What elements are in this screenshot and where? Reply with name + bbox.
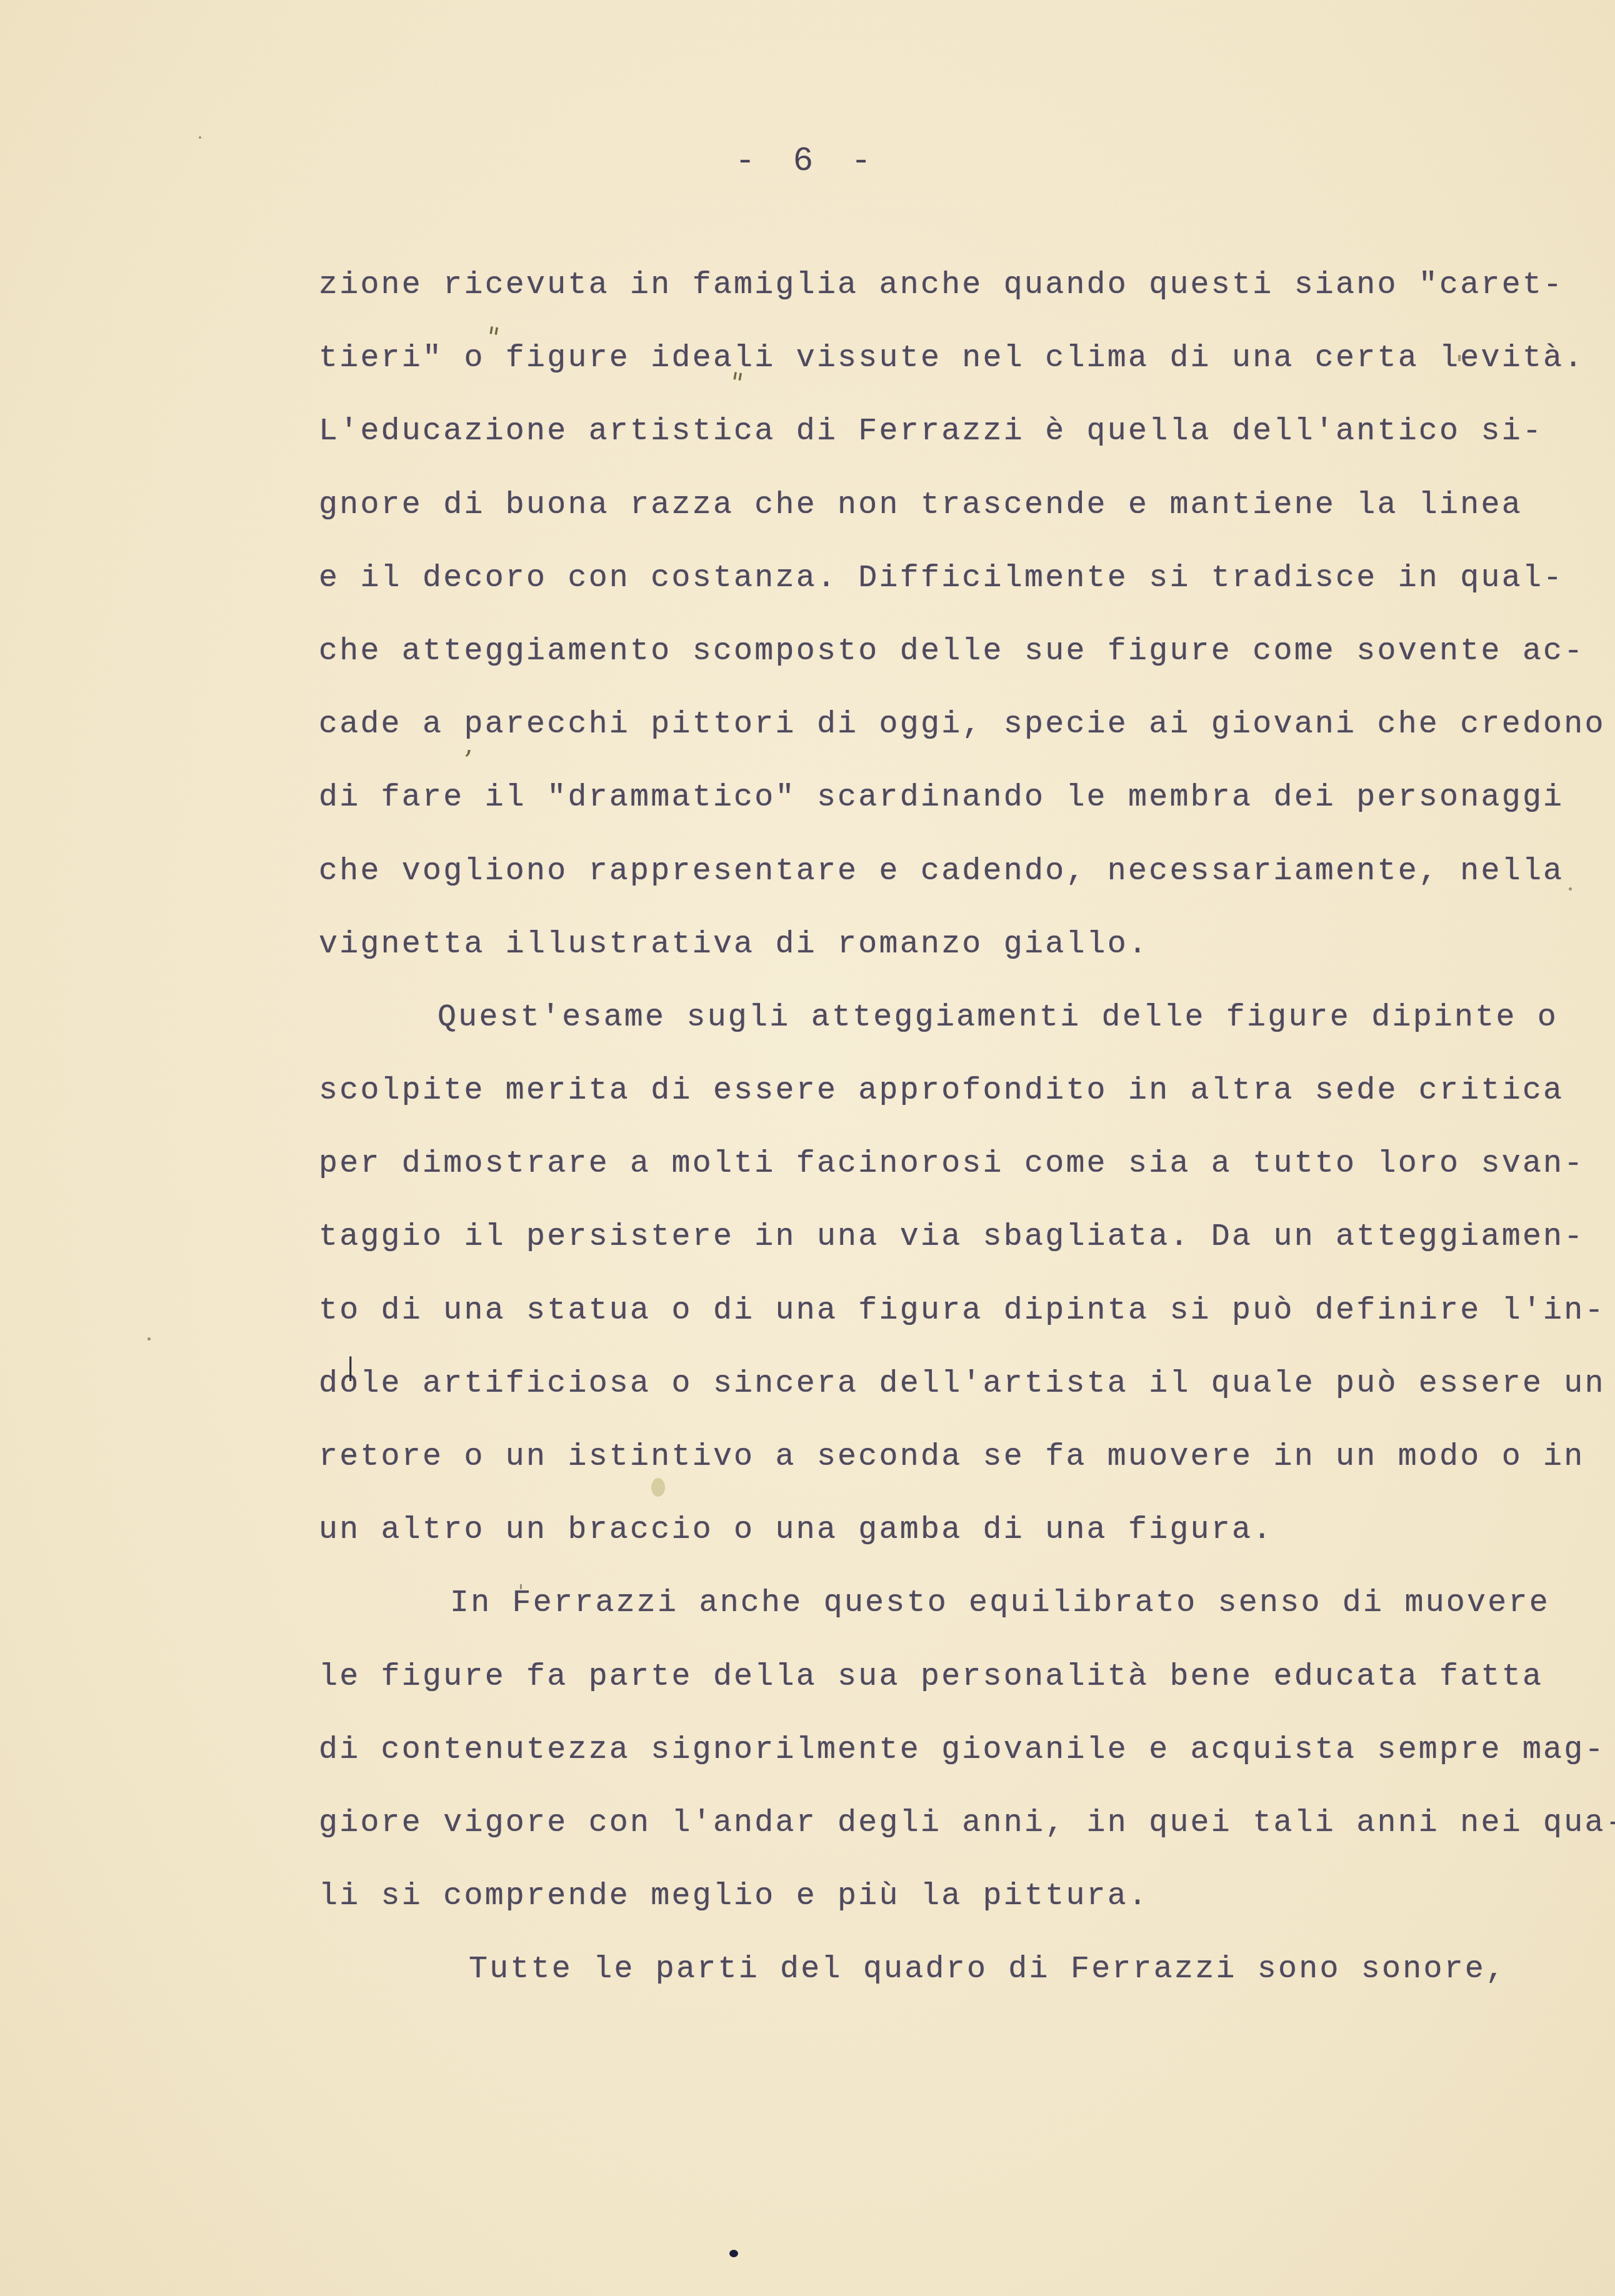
text-line: li si comprende meglio e più la pittura. [319, 1875, 1556, 1948]
body-text: zione ricevuta in famiglia anche quando … [319, 264, 1556, 2022]
text-line: cade a parecchi pittori di oggi, specie … [319, 703, 1556, 776]
text-line: tieri" o figure ideali vissute nel clima… [319, 337, 1556, 410]
text-line: scolpite merita di essere approfondito i… [319, 1069, 1556, 1142]
ink-dot [729, 2250, 738, 2257]
paper-speck [199, 136, 201, 139]
paragraph-start-line: Quest'esame sugli atteggiamenti delle fi… [319, 996, 1556, 1069]
page-number: - 6 - [0, 142, 1615, 181]
text-line: che atteggiamento scomposto delle sue fi… [319, 630, 1556, 703]
text-line: che vogliono rappresentare e cadendo, ne… [319, 850, 1556, 923]
text-line: di fare il "drammatico" scardinando le m… [319, 776, 1556, 849]
text-line: per dimostrare a molti facinorosi come s… [319, 1142, 1556, 1215]
paper-speck [147, 1337, 151, 1340]
text-line: retore o un istintivo a seconda se fa mu… [319, 1435, 1556, 1509]
text-line: to di una statua o di una figura dipinta… [319, 1289, 1556, 1362]
paragraph-start-line: In Ferrazzi anche questo equilibrato sen… [319, 1582, 1556, 1655]
text-line: di contenutezza signorilmente giovanile … [319, 1729, 1556, 1802]
text-line: vignetta illustrativa di romanzo giallo. [319, 923, 1556, 996]
text-line: dole artificiosa o sincera dell'artista … [319, 1362, 1556, 1435]
text-line: taggio il persistere in una via sbagliat… [319, 1215, 1556, 1289]
text-line: giore vigore con l'andar degli anni, in … [319, 1802, 1556, 1875]
paper-speck [1569, 887, 1572, 891]
pencil-comma-mark: , [464, 728, 473, 760]
text-line: e il decoro con costanza. Difficilmente … [319, 557, 1556, 630]
stain-spot [651, 1478, 665, 1497]
typewritten-page: - 6 - zione ricevuta in famiglia anche q… [0, 0, 1615, 2296]
pencil-tick-mark: | [346, 1353, 354, 1382]
text-line: L'educazione artistica di Ferrazzi è que… [319, 410, 1556, 483]
paragraph-start-line: Tutte le parti del quadro di Ferrazzi so… [319, 1948, 1556, 2021]
text-line: gnore di buona razza che non trascende e… [319, 484, 1556, 557]
paper-speck [1458, 355, 1461, 361]
paper-speck [520, 1584, 522, 1589]
text-line: le figure fa parte della sua personalità… [319, 1655, 1556, 1729]
text-line: zione ricevuta in famiglia anche quando … [319, 264, 1556, 337]
text-line: un altro un braccio o una gamba di una f… [319, 1509, 1556, 1582]
